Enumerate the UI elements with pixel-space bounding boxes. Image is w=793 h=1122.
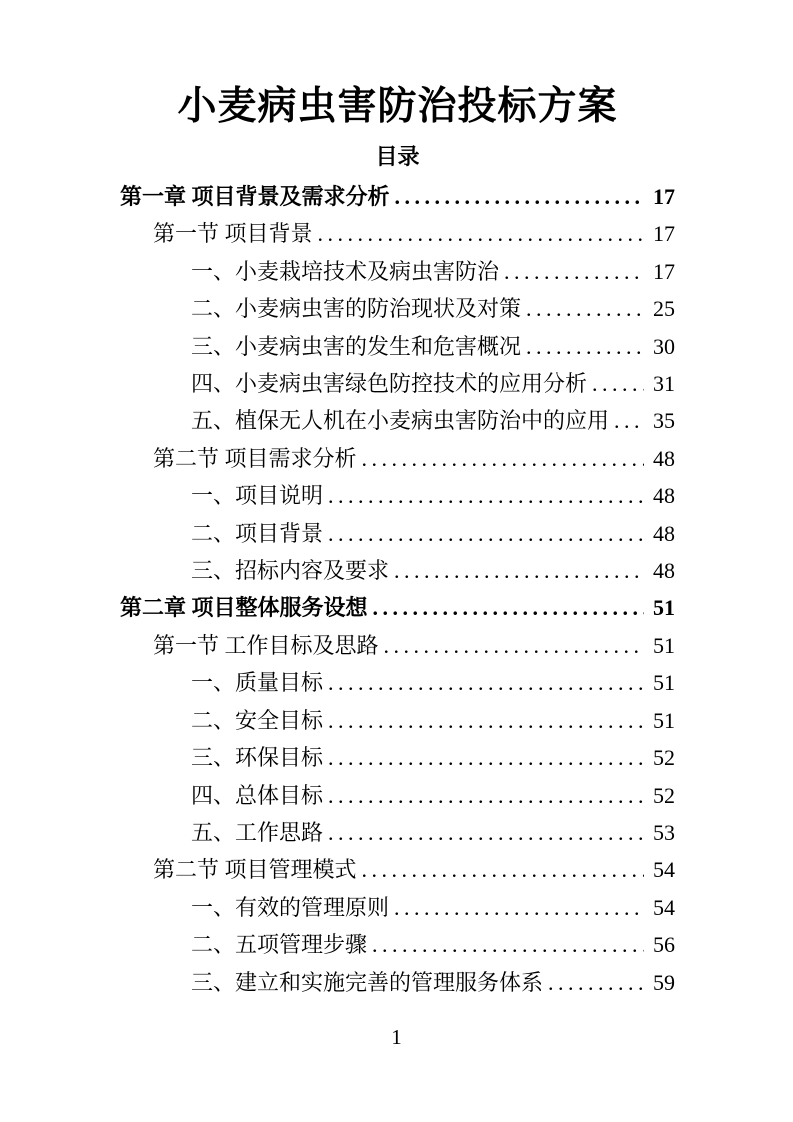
toc-entry-label: 一、项目说明 bbox=[191, 477, 323, 514]
toc-dot-leader bbox=[362, 440, 644, 477]
toc-entry-page-number: 31 bbox=[651, 365, 675, 402]
toc-dot-leader bbox=[592, 365, 644, 402]
toc-dot-leader bbox=[362, 851, 644, 888]
toc-entry-page-number: 17 bbox=[651, 215, 675, 252]
toc-entry-page-number: 35 bbox=[651, 402, 675, 439]
toc-dot-leader bbox=[526, 328, 644, 365]
toc-entry-label: 二、项目背景 bbox=[191, 515, 323, 552]
toc-entry-page-number: 54 bbox=[651, 851, 675, 888]
toc-entry[interactable]: 五、植保无人机在小麦病虫害防治中的应用 35 bbox=[120, 402, 675, 439]
toc-dot-leader bbox=[504, 253, 644, 290]
toc-entry[interactable]: 三、小麦病虫害的发生和危害概况 30 bbox=[120, 328, 675, 365]
toc-entry-page-number: 51 bbox=[651, 589, 675, 626]
toc-dot-leader bbox=[328, 515, 644, 552]
toc-entry[interactable]: 一、质量目标 51 bbox=[120, 664, 675, 701]
toc-dot-leader bbox=[384, 627, 644, 664]
toc-entry-label: 第一章 项目背景及需求分析 bbox=[120, 178, 390, 215]
toc-entry-page-number: 56 bbox=[651, 926, 675, 963]
toc-dot-leader bbox=[394, 889, 644, 926]
toc-dot-leader bbox=[328, 777, 644, 814]
toc-entry-page-number: 48 bbox=[651, 440, 675, 477]
toc-entry-page-number: 25 bbox=[651, 290, 675, 327]
toc-entry[interactable]: 第二节 项目管理模式 54 bbox=[120, 851, 675, 888]
toc-entry[interactable]: 第二节 项目需求分析 48 bbox=[120, 440, 675, 477]
toc-entry-label: 五、植保无人机在小麦病虫害防治中的应用 bbox=[191, 402, 609, 439]
toc-entry[interactable]: 一、项目说明 48 bbox=[120, 477, 675, 514]
toc-entry-label: 四、总体目标 bbox=[191, 777, 323, 814]
page-number: 1 bbox=[0, 1024, 793, 1050]
toc-heading: 目录 bbox=[120, 144, 675, 170]
toc-dot-leader bbox=[328, 664, 644, 701]
toc-dot-leader bbox=[394, 552, 644, 589]
toc-entry[interactable]: 二、五项管理步骤 56 bbox=[120, 926, 675, 963]
toc-entry-page-number: 53 bbox=[651, 814, 675, 851]
toc-entry-page-number: 54 bbox=[651, 889, 675, 926]
toc-entry[interactable]: 二、小麦病虫害的防治现状及对策 25 bbox=[120, 290, 675, 327]
toc-entry[interactable]: 三、建立和实施完善的管理服务体系 59 bbox=[120, 964, 675, 1001]
toc-entry-label: 第二章 项目整体服务设想 bbox=[120, 589, 368, 626]
toc-entry-label: 三、建立和实施完善的管理服务体系 bbox=[191, 964, 543, 1001]
page-content: 小麦病虫害防治投标方案 目录 第一章 项目背景及需求分析 17 第一节 项目背景… bbox=[0, 0, 793, 1001]
toc-entry-label: 五、工作思路 bbox=[191, 814, 323, 851]
document-title: 小麦病虫害防治投标方案 bbox=[120, 0, 675, 130]
toc-list: 第一章 项目背景及需求分析 17 第一节 项目背景 17 一、小麦栽培技术及病虫… bbox=[120, 178, 675, 1001]
toc-entry[interactable]: 第二章 项目整体服务设想 51 bbox=[120, 589, 675, 626]
toc-entry-label: 第一节 项目背景 bbox=[153, 215, 313, 252]
toc-entry-label: 第一节 工作目标及思路 bbox=[153, 627, 379, 664]
toc-entry[interactable]: 一、有效的管理原则 54 bbox=[120, 889, 675, 926]
toc-entry-page-number: 51 bbox=[651, 702, 675, 739]
toc-entry[interactable]: 第一章 项目背景及需求分析 17 bbox=[120, 178, 675, 215]
toc-entry-page-number: 48 bbox=[651, 515, 675, 552]
toc-dot-leader bbox=[318, 215, 644, 252]
toc-entry[interactable]: 第一节 项目背景 17 bbox=[120, 215, 675, 252]
toc-entry[interactable]: 三、环保目标 52 bbox=[120, 739, 675, 776]
toc-entry[interactable]: 二、项目背景 48 bbox=[120, 515, 675, 552]
toc-entry-page-number: 48 bbox=[651, 477, 675, 514]
toc-entry-label: 第二节 项目管理模式 bbox=[153, 851, 357, 888]
toc-dot-leader bbox=[373, 589, 644, 626]
toc-entry-page-number: 52 bbox=[651, 739, 675, 776]
toc-dot-leader bbox=[328, 814, 644, 851]
toc-entry[interactable]: 第一节 工作目标及思路 51 bbox=[120, 627, 675, 664]
toc-entry[interactable]: 四、小麦病虫害绿色防控技术的应用分析 31 bbox=[120, 365, 675, 402]
toc-entry-label: 三、小麦病虫害的发生和危害概况 bbox=[191, 328, 521, 365]
toc-entry-page-number: 51 bbox=[651, 664, 675, 701]
toc-entry-page-number: 59 bbox=[651, 964, 675, 1001]
toc-dot-leader bbox=[372, 926, 644, 963]
toc-entry-label: 二、小麦病虫害的防治现状及对策 bbox=[191, 290, 521, 327]
toc-entry-label: 一、小麦栽培技术及病虫害防治 bbox=[191, 253, 499, 290]
toc-entry-label: 三、环保目标 bbox=[191, 739, 323, 776]
toc-entry-label: 一、有效的管理原则 bbox=[191, 889, 389, 926]
toc-dot-leader bbox=[328, 702, 644, 739]
toc-dot-leader bbox=[395, 178, 644, 215]
toc-entry-page-number: 52 bbox=[651, 777, 675, 814]
toc-entry-page-number: 48 bbox=[651, 552, 675, 589]
toc-entry-label: 一、质量目标 bbox=[191, 664, 323, 701]
toc-entry[interactable]: 五、工作思路 53 bbox=[120, 814, 675, 851]
toc-entry-label: 四、小麦病虫害绿色防控技术的应用分析 bbox=[191, 365, 587, 402]
toc-entry-label: 第二节 项目需求分析 bbox=[153, 440, 357, 477]
toc-entry[interactable]: 三、招标内容及要求 48 bbox=[120, 552, 675, 589]
toc-entry-label: 二、安全目标 bbox=[191, 702, 323, 739]
toc-entry-page-number: 17 bbox=[651, 178, 675, 215]
toc-dot-leader bbox=[614, 402, 644, 439]
toc-dot-leader bbox=[526, 290, 644, 327]
toc-entry-page-number: 30 bbox=[651, 328, 675, 365]
toc-dot-leader bbox=[328, 739, 644, 776]
document-page: 小麦病虫害防治投标方案 目录 第一章 项目背景及需求分析 17 第一节 项目背景… bbox=[0, 0, 793, 1122]
toc-entry[interactable]: 一、小麦栽培技术及病虫害防治 17 bbox=[120, 253, 675, 290]
toc-dot-leader bbox=[328, 477, 644, 514]
toc-entry[interactable]: 四、总体目标 52 bbox=[120, 777, 675, 814]
toc-entry-label: 三、招标内容及要求 bbox=[191, 552, 389, 589]
toc-entry-label: 二、五项管理步骤 bbox=[191, 926, 367, 963]
toc-entry[interactable]: 二、安全目标 51 bbox=[120, 702, 675, 739]
toc-entry-page-number: 51 bbox=[651, 627, 675, 664]
toc-entry-page-number: 17 bbox=[651, 253, 675, 290]
toc-dot-leader bbox=[548, 964, 644, 1001]
